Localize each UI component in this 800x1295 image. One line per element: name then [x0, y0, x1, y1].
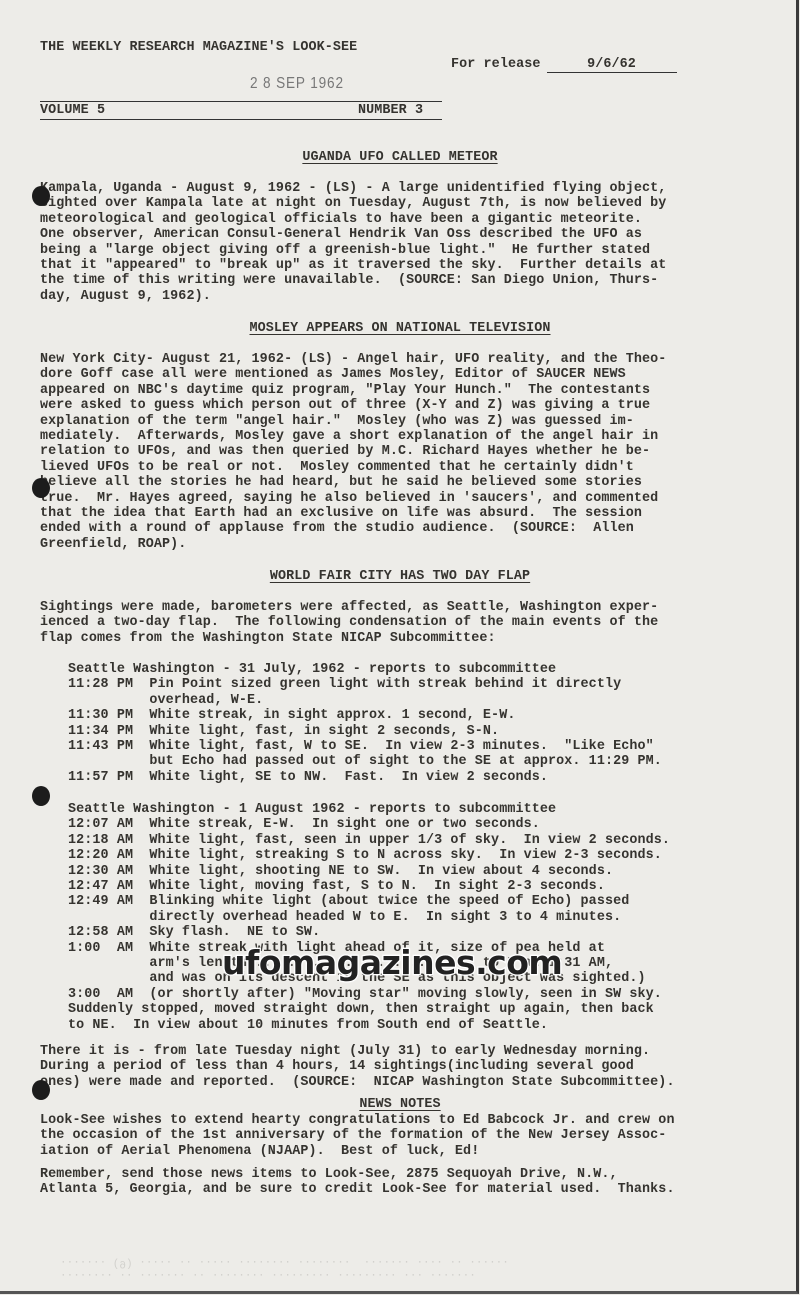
- document-page: THE WEEKLY RESEARCH MAGAZINE'S LOOK-SEE …: [0, 0, 799, 1294]
- news-notes-body: Look-See wishes to extend hearty congrat…: [40, 1113, 785, 1159]
- volume-label: VOLUME 5: [40, 103, 105, 118]
- article-body-mosley: New York City- August 21, 1962- (LS) - A…: [40, 352, 785, 552]
- masthead-title: THE WEEKLY RESEARCH MAGAZINE'S LOOK-SEE: [40, 40, 357, 55]
- sighting-log-august-1: Seattle Washington - 1 August 1962 - rep…: [68, 802, 670, 1033]
- site-watermark: ufomagazines.com: [222, 943, 562, 982]
- bleedthrough-text: ........ .. ....... .. ........ ........…: [60, 1270, 476, 1282]
- bleedthrough-text: ....... (9) ..... .. ..... ........ ....…: [60, 1257, 509, 1269]
- release-line: For release9/6/62: [451, 57, 677, 73]
- article-intro-seattle: Sightings were made, barometers were aff…: [40, 600, 785, 646]
- news-notes-closing: Remember, send those news items to Look-…: [40, 1167, 785, 1198]
- hole-punch-mark: [32, 478, 50, 498]
- article-heading-news-notes: NEWS NOTES: [0, 1097, 800, 1112]
- hole-punch-mark: [32, 1080, 50, 1100]
- article-body-uganda: Kampala, Uganda - August 9, 1962 - (LS) …: [40, 181, 785, 304]
- issue-number-label: NUMBER 3: [358, 103, 423, 118]
- hole-punch-mark: [32, 186, 50, 206]
- article-heading-uganda: UGANDA UFO CALLED METEOR: [0, 150, 800, 165]
- release-date: 9/6/62: [547, 57, 677, 73]
- article-conclusion-seattle: There it is - from late Tuesday night (J…: [40, 1044, 785, 1090]
- article-heading-seattle: WORLD FAIR CITY HAS TWO DAY FLAP: [0, 569, 800, 584]
- sighting-log-july-31: Seattle Washington - 31 July, 1962 - rep…: [68, 662, 662, 785]
- article-heading-mosley: MOSLEY APPEARS ON NATIONAL TELEVISION: [0, 321, 800, 336]
- hole-punch-mark: [32, 786, 50, 806]
- received-date-stamp: 2 8 SEP 1962: [250, 75, 344, 93]
- release-label: For release: [451, 57, 541, 72]
